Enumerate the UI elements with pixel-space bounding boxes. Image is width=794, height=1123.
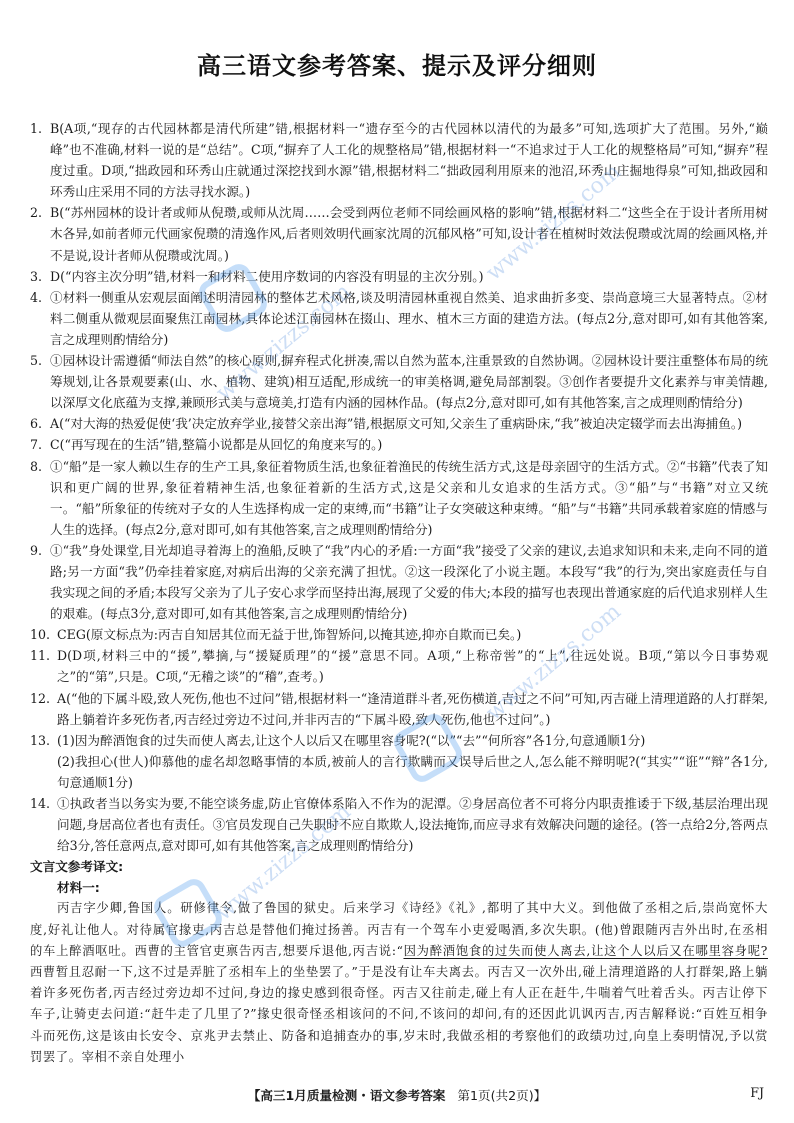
answer-item-5: 5. ①园林设计需遵循“师法自然”的核心原则,摒弃程式化拼凑,需以自然为蓝本,注… (30, 350, 768, 413)
answer-item-6: 6. A(“对大海的热爱促使‘我’决定放弃学业,接替父亲出海”错,根据原文可知,… (30, 413, 768, 434)
item-text: CEG(原文标点为:丙吉自知居其位而无益于世,饰智矫问,以掩其迹,抑亦自欺而已矣… (57, 627, 521, 642)
translation-paragraph: 丙吉字少卿,鲁国人。研修律令,做了鲁国的狱史。后来学习《诗经》《礼》,都明了其中… (30, 898, 768, 1068)
answer-item-7: 7. C(“再写现在的生活”错,整篇小说都是从回忆的角度来写的。) (30, 434, 768, 455)
item-text: ①执政者当以务实为要,不能空谈务虚,防止官僚体系陷入不作为的泥潭。②身居高位者不… (57, 796, 768, 853)
item-text: B(A项,“现存的古代园林都是清代所建”错,根据材料一“遗存至今的古代园林以清代… (50, 121, 768, 199)
page-footer: 【高三1月质量检测・语文参考答案 第1页(共2页)】 (0, 1085, 794, 1104)
answers-content: 1. B(A项,“现存的古代园林都是清代所建”错,根据材料一“遗存至今的古代园林… (30, 118, 768, 1068)
item-number: 10. (30, 624, 50, 645)
item-number: 12. (30, 688, 50, 709)
item-text: ①“船”是一家人赖以生存的生产工具,象征着物质生活,也象征着渔民的传统生活方式,… (50, 459, 768, 537)
page-title: 高三语文参考答案、提示及评分细则 (0, 46, 794, 81)
item-text: D(“内容主次分明”错,材料一和材料二使用序数词的内容没有明显的主次分别。) (50, 269, 484, 284)
answer-item-10: 10. CEG(原文标点为:丙吉自知居其位而无益于世,饰智矫问,以掩其迹,抑亦自… (30, 624, 768, 645)
item-number: 4. (30, 287, 42, 308)
footer-page-info: 第1页(共2页)】 (457, 1088, 546, 1103)
item-number: 7. (30, 434, 42, 455)
item-text: ①园林设计需遵循“师法自然”的核心原则,摒弃程式化拼凑,需以自然为蓝本,注重景致… (50, 353, 768, 410)
item-text: C(“再写现在的生活”错,整篇小说都是从回忆的角度来写的。) (50, 437, 382, 452)
item-number: 9. (30, 540, 42, 561)
item-text: A(“他的下属斗殴,致人死伤,他也不过问”错,根据材料一“逢清道群斗者,死伤横道… (57, 691, 768, 727)
translation-heading: 文言文参考译文: (30, 856, 768, 877)
item-number: 8. (30, 456, 42, 477)
answer-key-page: 高三语文参考答案、提示及评分细则 1. B(A项,“现存的古代园林都是清代所建”… (0, 0, 794, 1123)
translation-text-after: 西曹暂且忍耐一下,这不过是弄脏了丞相车上的坐垫罢了。”于是没有让车夫离去。丙吉又… (30, 965, 768, 1064)
item-number: 6. (30, 413, 42, 434)
footer-code: FJ (750, 1085, 764, 1100)
underlined-sentence: 因为醉酒饱食的过失而使人离去,让这个人以后又在哪里容身呢? (403, 944, 768, 958)
answer-item-11: 11. D(D项,材料三中的“援”,攀摘,与“援疑质理”的“援”意思不同。A项,… (30, 645, 768, 687)
answer-item-12: 12. A(“他的下属斗殴,致人死伤,他也不过问”错,根据材料一“逢清道群斗者,… (30, 688, 768, 730)
answer-item-2: 2. B(“苏州园林的设计者或师从倪瓒,或师从沈周……会受到两位老师不同绘画风格… (30, 202, 768, 265)
item-text: ①“我”身处课堂,目光却追寻着海上的渔船,反映了“我”内心的矛盾:一方面“我”接… (50, 543, 768, 621)
answer-item-4: 4. ①材料一侧重从宏观层面阐述明清园林的整体艺术风格,谈及明清园林重视自然美、… (30, 287, 768, 350)
item-number: 13. (30, 730, 50, 751)
item-number: 3. (30, 266, 42, 287)
item-text: A(“对大海的热爱促使‘我’决定放弃学业,接替父亲出海”错,根据原文可知,父亲生… (50, 416, 742, 431)
answer-item-9: 9. ①“我”身处课堂,目光却追寻着海上的渔船,反映了“我”内心的矛盾:一方面“… (30, 540, 768, 624)
item-text: ①材料一侧重从宏观层面阐述明清园林的整体艺术风格,谈及明清园林重视自然美、追求曲… (50, 290, 768, 347)
item-number: 14. (30, 793, 50, 814)
item-number: 11. (30, 645, 50, 666)
answer-item-8: 8. ①“船”是一家人赖以生存的生产工具,象征着物质生活,也象征着渔民的传统生活… (30, 456, 768, 540)
answer-item-3: 3. D(“内容主次分明”错,材料一和材料二使用序数词的内容没有明显的主次分别。… (30, 266, 768, 287)
material-label: 材料一: (30, 877, 768, 898)
item-text: B(“苏州园林的设计者或师从倪瓒,或师从沈周……会受到两位老师不同绘画风格的影响… (50, 205, 768, 262)
item-text: D(D项,材料三中的“援”,攀摘,与“援疑质理”的“援”意思不同。A项,“上称帝… (57, 648, 768, 684)
answer-item-1: 1. B(A项,“现存的古代园林都是清代所建”错,根据材料一“遗存至今的古代园林… (30, 118, 768, 202)
item-number: 1. (30, 118, 42, 139)
item-number: 5. (30, 350, 42, 371)
footer-label: 【高三1月质量检测・语文参考答案 (248, 1088, 446, 1103)
item-number: 2. (30, 202, 42, 223)
answer-item-14: 14. ①执政者当以务实为要,不能空谈务虚,防止官僚体系陷入不作为的泥潭。②身居… (30, 793, 768, 856)
